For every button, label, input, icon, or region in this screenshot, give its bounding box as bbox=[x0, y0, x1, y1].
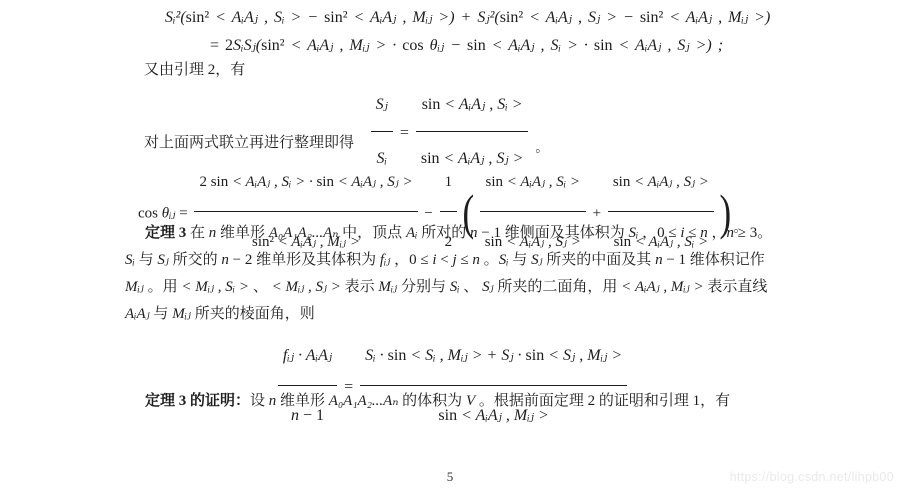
text-run: 维侧面及其体积为 bbox=[505, 225, 629, 241]
text-run: sin bbox=[388, 347, 407, 364]
text-run: Sᵢ bbox=[125, 252, 135, 268]
text-run: 所夹的二面角，用 bbox=[494, 279, 622, 295]
text-run: A₀A₁A₂...Aₙ bbox=[269, 225, 339, 241]
fraction-numerator: Sⱼ bbox=[371, 80, 393, 132]
theorem3-line-3: Mᵢⱼ 。用 < Mᵢⱼ , Sᵢ > 、 < Mᵢⱼ , Sⱼ > 表示 Mᵢ… bbox=[125, 274, 885, 301]
text-run: 1 bbox=[445, 174, 453, 190]
text-run: < AᵢAⱼ , Sᵢ > · bbox=[228, 174, 316, 190]
text-run: Sᵢ bbox=[450, 279, 460, 295]
text-run: sin² bbox=[261, 37, 284, 54]
text-run: 又由引理 2，有 bbox=[144, 62, 245, 78]
text-run: ≤ bbox=[457, 252, 473, 268]
text-run: 定理 3 的证明： bbox=[145, 393, 250, 409]
text-run: ， bbox=[638, 225, 657, 241]
text-run: sin bbox=[594, 37, 613, 54]
text-run: V bbox=[466, 393, 475, 409]
text-run: n bbox=[727, 225, 735, 241]
text-run: = bbox=[400, 125, 413, 142]
fraction-numerator: 2 sin < AᵢAⱼ , Sᵢ > · sin < AᵢAⱼ , Sⱼ > bbox=[194, 154, 417, 212]
text-run: 维单形及其体积为 bbox=[256, 252, 380, 268]
fraction-numerator: fᵢⱼ · AᵢAⱼ bbox=[278, 328, 337, 386]
text-run: < Mᵢⱼ , Sᵢ > bbox=[181, 279, 249, 295]
text-run: < AᵢAⱼ , Mᵢⱼ >) + Sⱼ²( bbox=[348, 9, 500, 26]
text-run: Sⱼ bbox=[376, 96, 388, 113]
text-run: Mᵢⱼ bbox=[125, 279, 144, 295]
text-run: < AᵢAⱼ , Mᵢⱼ > · bbox=[285, 37, 403, 54]
text-run: 、 bbox=[249, 279, 272, 295]
text-run: sin² bbox=[500, 9, 523, 26]
text-run: ≤ bbox=[685, 225, 701, 241]
text-run: n bbox=[472, 252, 480, 268]
equation-line-1: Sᵢ²(sin² < AᵢAⱼ , Sᵢ > − sin² < AᵢAⱼ , M… bbox=[165, 4, 770, 32]
equals-sign: = bbox=[400, 125, 413, 142]
text-run: Sⱼ bbox=[482, 279, 493, 295]
equation-main-identity: Sᵢ²(sin² < AᵢAⱼ , Sᵢ > − sin² < AᵢAⱼ , M… bbox=[165, 4, 770, 60]
text-run: θᵢⱼ − bbox=[424, 37, 467, 54]
text-run: Sᵢ bbox=[499, 252, 509, 268]
text-run: = 2 bbox=[210, 37, 233, 54]
equation-median-volume: fᵢⱼ · AᵢAⱼ n − 1 = Sᵢ · sin < Sᵢ , Mᵢⱼ >… bbox=[0, 330, 900, 446]
text-run: SᵢSⱼ( bbox=[233, 37, 261, 54]
paragraph-theorem3: 定理 3 在 n 维单形 A₀A₁A₂...Aₙ 中，顶点 Aᵢ 所对的 n −… bbox=[125, 220, 885, 328]
text-run: 、 bbox=[460, 279, 483, 295]
text-run: 的体积为 bbox=[398, 393, 466, 409]
text-run: < Sᵢ , Mᵢⱼ > + Sⱼ · bbox=[406, 347, 525, 364]
text-run: 与 bbox=[135, 252, 158, 268]
text-run: 与 bbox=[150, 306, 173, 322]
text-run: 定理 3 bbox=[145, 225, 186, 241]
text-run: Sⱼ bbox=[531, 252, 542, 268]
text-run: < bbox=[437, 252, 453, 268]
text-run: A₀A₁A₂...Aₙ bbox=[329, 393, 399, 409]
text-run: < AᵢAⱼ , Sⱼ > bbox=[630, 174, 709, 190]
text-run: − 1 bbox=[663, 252, 690, 268]
text-run: 所夹的中面及其 bbox=[543, 252, 656, 268]
text-run: sin bbox=[316, 174, 334, 190]
watermark-url: https://blog.csdn.net/lihpb00 bbox=[730, 470, 894, 484]
text-run: sin bbox=[486, 174, 504, 190]
text-run: < AᵢAⱼ , Sᵢ > bbox=[440, 96, 522, 113]
text-run: fᵢⱼ · AᵢAⱼ bbox=[283, 347, 332, 364]
text-run: n bbox=[700, 225, 708, 241]
text-run: n bbox=[655, 252, 663, 268]
theorem3-line-4: AᵢAⱼ 与 Mᵢⱼ 所夹的棱面角，则 bbox=[125, 301, 885, 328]
theorem3-line-1: 定理 3 在 n 维单形 A₀A₁A₂...Aₙ 中，顶点 Aᵢ 所对的 n −… bbox=[125, 220, 885, 247]
fraction-lhs: fᵢⱼ · AᵢAⱼ n − 1 bbox=[278, 328, 337, 444]
text-run: < AᵢAⱼ , Mᵢⱼ >) bbox=[663, 9, 770, 26]
paragraph-combine: 对上面两式联立再进行整理即得 bbox=[144, 133, 354, 153]
text-run: < Sⱼ , Mᵢⱼ > bbox=[544, 347, 622, 364]
text-run: sin bbox=[613, 174, 631, 190]
text-run: 表示直线 bbox=[704, 279, 768, 295]
text-run: n bbox=[470, 225, 478, 241]
text-run: − 2 bbox=[229, 252, 256, 268]
fraction-numerator: sin < AᵢAⱼ , Sᵢ > bbox=[416, 80, 529, 132]
text-run: < AᵢAⱼ , Mᵢⱼ > bbox=[621, 279, 704, 295]
fraction-numerator: sin < AᵢAⱼ , Sᵢ > bbox=[480, 154, 586, 212]
text-run: sin² bbox=[640, 9, 663, 26]
equation-period: 。 bbox=[535, 140, 548, 155]
text-run: < AᵢAⱼ , Sⱼ > bbox=[334, 174, 413, 190]
text-run: 中，顶点 bbox=[338, 225, 406, 241]
fraction-numerator: Sᵢ · sin < Sᵢ , Mᵢⱼ > + Sⱼ · sin < Sⱼ , … bbox=[360, 328, 627, 386]
text-run: 维单形 bbox=[276, 393, 329, 409]
text-run: sin bbox=[422, 96, 441, 113]
text-run: < Mᵢⱼ , Sⱼ > bbox=[272, 279, 341, 295]
proof-line-1: 定理 3 的证明：设 n 维单形 A₀A₁A₂...Aₙ 的体积为 V 。根据前… bbox=[125, 390, 885, 412]
text-run: < AᵢAⱼ , Sⱼ >) ; bbox=[613, 37, 724, 54]
paragraph-proof: 定理 3 的证明：设 n 维单形 A₀A₁A₂...Aₙ 的体积为 V 。根据前… bbox=[125, 390, 885, 412]
text-run: Sᵢ²( bbox=[165, 9, 186, 26]
text-run: − 1 bbox=[478, 225, 505, 241]
text-run: ， bbox=[390, 252, 409, 268]
text-run: Sⱼ bbox=[157, 252, 168, 268]
text-run: 与 bbox=[509, 252, 532, 268]
text-run: 0 ≤ bbox=[409, 252, 432, 268]
document-page: Sᵢ²(sin² < AᵢAⱼ , Sᵢ > − sin² < AᵢAⱼ , M… bbox=[0, 0, 900, 488]
text-run: ， bbox=[708, 225, 727, 241]
text-run: Sᵢ · bbox=[365, 347, 388, 364]
text-run: 。用 bbox=[144, 279, 182, 295]
text-run: sin² bbox=[324, 9, 347, 26]
text-run: 对上面两式联立再进行整理即得 bbox=[144, 135, 354, 151]
text-run: 分别与 bbox=[397, 279, 450, 295]
text-run: Sᵢ bbox=[628, 225, 638, 241]
text-run: 2 sin bbox=[199, 174, 228, 190]
text-run: 所对的 bbox=[417, 225, 470, 241]
text-run: ≥ 3 bbox=[734, 225, 757, 241]
paragraph-lemma2-intro: 又由引理 2，有 bbox=[144, 60, 245, 80]
text-run: Mᵢⱼ bbox=[378, 279, 397, 295]
text-run: 维体积记作 bbox=[690, 252, 765, 268]
text-run: 。根据前面定理 2 的证明和引理 1，有 bbox=[475, 393, 730, 409]
text-run: n bbox=[221, 252, 229, 268]
text-run: 维单形 bbox=[216, 225, 269, 241]
equation-line-2: = 2SᵢSⱼ(sin² < AᵢAⱼ , Mᵢⱼ > · cos θᵢⱼ − … bbox=[210, 32, 770, 60]
text-run: AᵢAⱼ bbox=[125, 306, 150, 322]
text-run: 在 bbox=[186, 225, 209, 241]
text-run: Mᵢⱼ bbox=[172, 306, 191, 322]
text-run: 。 bbox=[480, 252, 499, 268]
fraction-numerator: 1 bbox=[440, 154, 458, 212]
text-run: < AᵢAⱼ , Sⱼ > − bbox=[523, 9, 640, 26]
text-run: 表示 bbox=[341, 279, 379, 295]
text-run: 。 bbox=[757, 225, 772, 241]
theorem3-line-2: Sᵢ 与 Sⱼ 所交的 n − 2 维单形及其体积为 fᵢⱼ ，0 ≤ i < … bbox=[125, 247, 885, 274]
text-run: 设 bbox=[250, 393, 269, 409]
text-run: fᵢⱼ bbox=[380, 252, 391, 268]
text-run: 所夹的棱面角，则 bbox=[191, 306, 315, 322]
text-run: Aᵢ bbox=[406, 225, 418, 241]
text-run: < AᵢAⱼ , Sᵢ > − bbox=[209, 9, 324, 26]
fraction-numerator: sin < AᵢAⱼ , Sⱼ > bbox=[608, 154, 714, 212]
text-run: < AᵢAⱼ , Sᵢ > · bbox=[486, 37, 594, 54]
fraction-rhs: Sᵢ · sin < Sᵢ , Mᵢⱼ > + Sⱼ · sin < Sⱼ , … bbox=[360, 328, 627, 444]
text-run: cos bbox=[402, 37, 423, 54]
text-run: < AᵢAⱼ , Sᵢ > bbox=[503, 174, 580, 190]
text-run: sin² bbox=[186, 9, 209, 26]
text-run: 0 ≤ bbox=[657, 225, 680, 241]
text-run: 所交的 bbox=[169, 252, 222, 268]
text-run: sin bbox=[467, 37, 486, 54]
text-run: sin bbox=[526, 347, 545, 364]
